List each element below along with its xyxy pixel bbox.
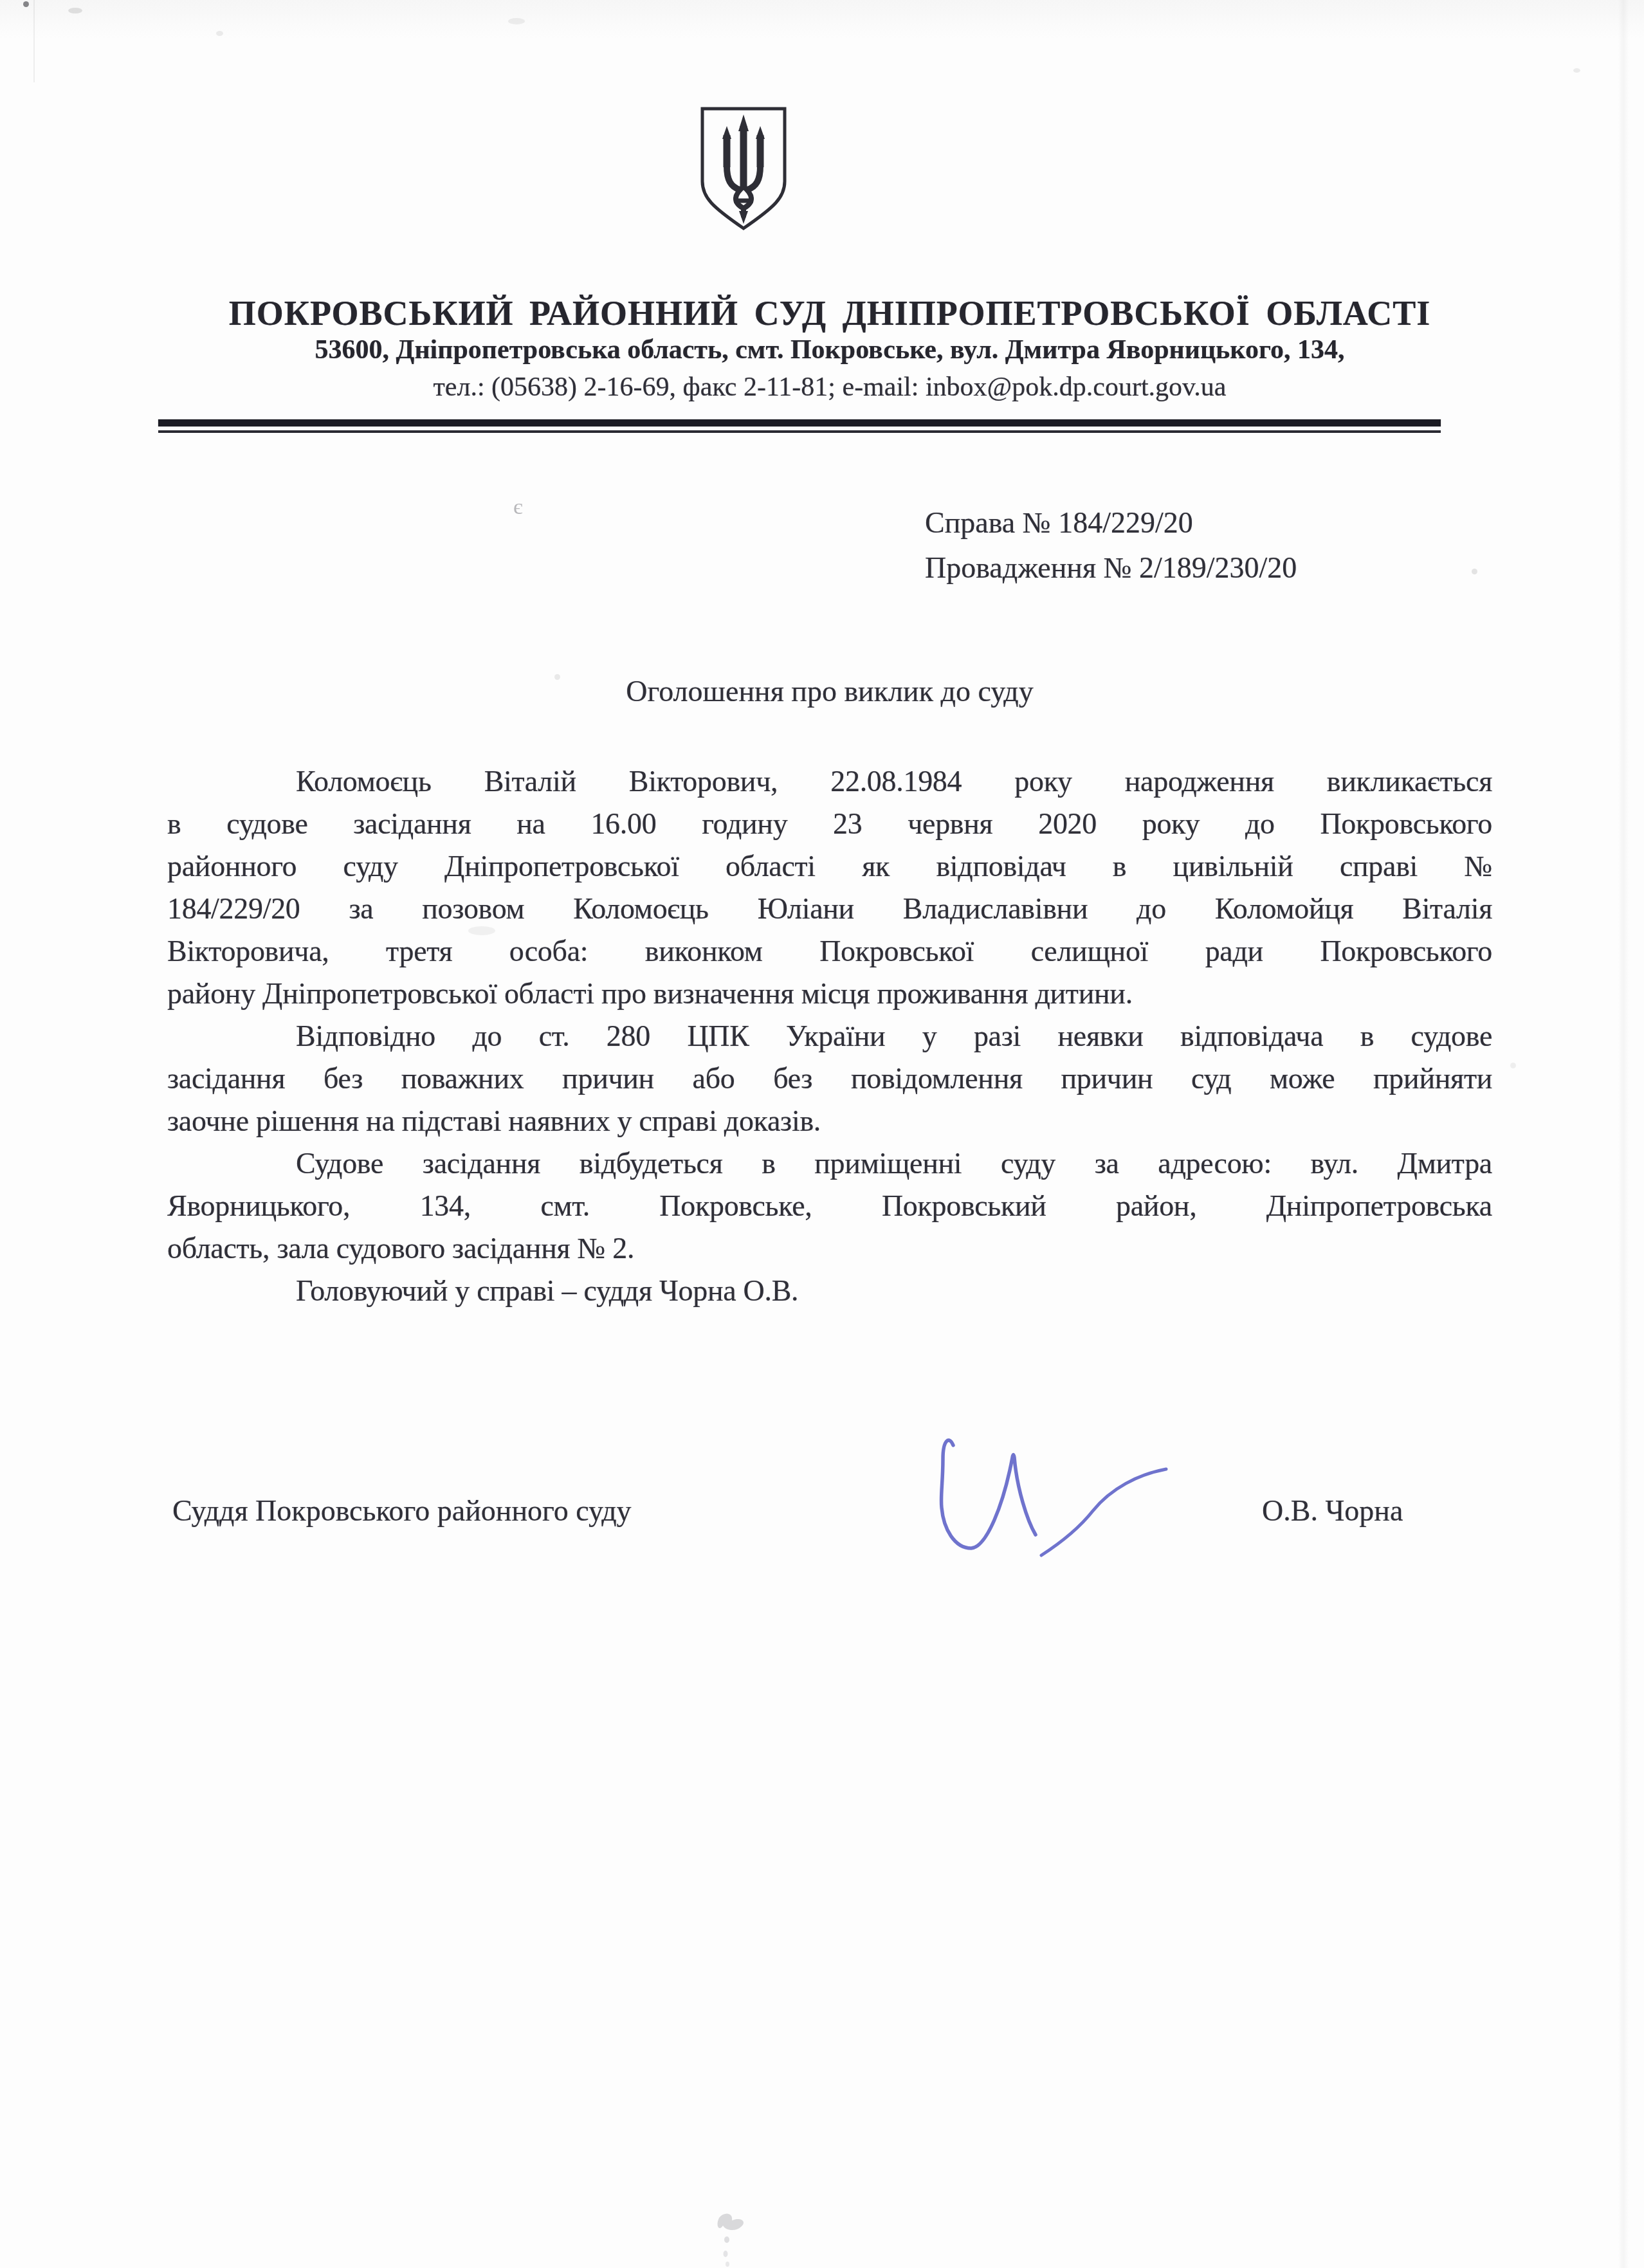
ukraine-trident-icon	[699, 105, 789, 232]
scan-crease	[33, 0, 35, 82]
scanned-court-document: є ПОКРОВСЬКИЙ РАЙОННИЙ СУД	[0, 0, 1644, 2268]
scan-streak	[1618, 0, 1629, 2268]
body-line: Яворницького, 134, смт. Покровське, Покр…	[167, 1185, 1492, 1227]
body-line: область, зала судового засідання № 2.	[167, 1227, 1492, 1270]
body-line: Відповідно до ст. 280 ЦПК України у разі…	[167, 1015, 1492, 1057]
body-line: Головуючий у справі – суддя Чорна О.В.	[167, 1270, 1492, 1312]
letterhead-rule-thin	[158, 430, 1441, 433]
scan-speck	[1510, 1063, 1516, 1068]
scan-speck	[1472, 569, 1477, 574]
body-line: районного суду Дніпропетровської області…	[167, 845, 1492, 888]
judge-title-label: Суддя Покровського районного суду	[172, 1494, 632, 1528]
document-title: Оголошення про виклик до суду	[167, 674, 1492, 708]
scan-smudge	[508, 18, 525, 24]
proceeding-number: Провадження № 2/189/230/20	[925, 545, 1297, 590]
case-info-block: Справа № 184/229/20 Провадження № 2/189/…	[925, 500, 1297, 590]
court-name: ПОКРОВСЬКИЙ РАЙОННИЙ СУД ДНІПРОПЕТРОВСЬК…	[160, 293, 1500, 333]
scan-smudge	[1573, 68, 1580, 73]
body-line: в судове засідання на 16.00 годину 23 че…	[167, 803, 1492, 845]
body-line: 184/229/20 за позовом Коломоєць Юліани В…	[167, 888, 1492, 930]
scan-smudge-bottom	[708, 2206, 765, 2268]
body-line: засідання без поважних причин або без по…	[167, 1057, 1492, 1100]
body-line: району Дніпропетровської області про виз…	[167, 973, 1492, 1015]
scan-speck	[23, 1, 29, 7]
body-line: Вікторовича, третя особа: виконком Покро…	[167, 930, 1492, 973]
body-line: Судове засідання відбудеться в приміщенн…	[167, 1142, 1492, 1185]
judge-name-label: О.В. Чорна	[1262, 1494, 1403, 1528]
document-body: Коломоєць Віталій Вікторович, 22.08.1984…	[167, 760, 1492, 1312]
body-line: Коломоєць Віталій Вікторович, 22.08.1984…	[167, 760, 1492, 803]
scan-smudge	[68, 8, 82, 14]
court-contacts: тел.: (05638) 2-16-69, факс 2-11-81; e-m…	[160, 372, 1500, 403]
case-number: Справа № 184/229/20	[925, 500, 1297, 545]
scan-smudge	[216, 31, 223, 36]
stray-mark: є	[513, 495, 523, 520]
body-line: заочне рішення на підставі наявних у спр…	[167, 1100, 1492, 1142]
court-address: 53600, Дніпропетровська область, смт. По…	[160, 334, 1500, 365]
letterhead-rule-thick	[158, 419, 1441, 426]
judge-signature	[915, 1429, 1185, 1616]
